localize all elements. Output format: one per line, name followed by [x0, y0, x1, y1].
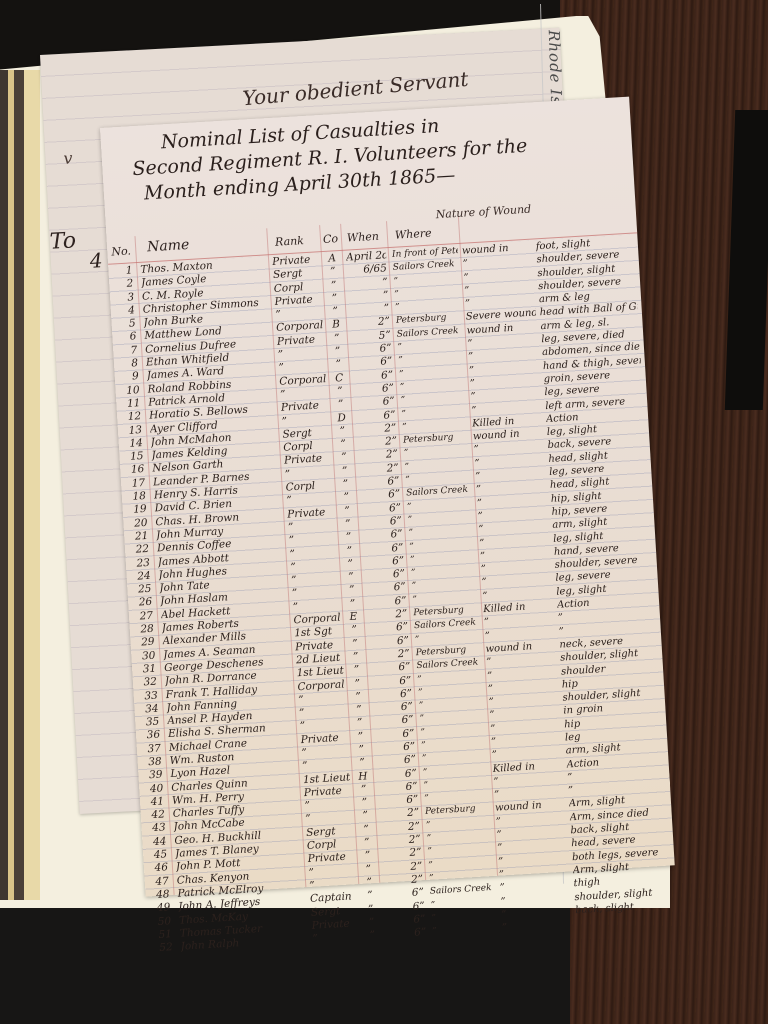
company: H [355, 770, 372, 784]
company: ” [347, 637, 364, 651]
company: ” [360, 863, 377, 877]
company: E [345, 610, 362, 624]
row-number: 36 [138, 729, 161, 743]
company: ” [353, 743, 370, 757]
company: ” [348, 663, 365, 677]
row-number: 42 [143, 809, 166, 823]
row-number: 48 [147, 888, 170, 902]
row-number: 7 [115, 344, 138, 358]
company: ” [352, 730, 369, 744]
row-number: 11 [118, 397, 141, 411]
company: B [328, 318, 345, 332]
row-number: 39 [140, 769, 163, 783]
row-number: 23 [128, 556, 151, 570]
row-number: 22 [127, 543, 150, 557]
casualty-table: 1 Thos. Maxton Private A April 2d In fro… [108, 234, 678, 956]
nature-of-wound-header: Nature of Wound [435, 203, 531, 222]
row-number: 27 [131, 609, 154, 623]
row-number: 50 [149, 915, 172, 929]
company: ” [358, 823, 375, 837]
company: ” [344, 597, 361, 611]
row-number: 29 [132, 636, 155, 650]
company: D [333, 411, 350, 425]
company: A [324, 252, 341, 266]
company: ” [362, 902, 379, 916]
company: ” [330, 358, 347, 372]
row-number: 14 [120, 437, 143, 451]
column-header-co: Co [323, 232, 339, 246]
company: ” [332, 398, 349, 412]
company: ” [341, 544, 358, 558]
row-number: 15 [121, 450, 144, 464]
company: ” [351, 703, 368, 717]
row-number: 34 [136, 702, 159, 716]
folder-stack-edge [0, 70, 40, 900]
cover-letter-salutation: To [49, 228, 76, 254]
company: ” [350, 690, 367, 704]
row-number: 2 [111, 278, 134, 292]
row-number: 31 [134, 663, 157, 677]
company: ” [356, 796, 373, 810]
company: ” [334, 425, 351, 439]
row-number: 19 [124, 503, 147, 517]
column-header-name: Name [147, 237, 190, 255]
soldier-rank: ” [312, 930, 361, 946]
company: ” [363, 916, 380, 930]
row-number: 51 [150, 928, 173, 942]
company: ” [336, 464, 353, 478]
row-number: 4 [113, 304, 136, 318]
row-number: 38 [139, 755, 162, 769]
row-number: 45 [145, 848, 168, 862]
company: ” [344, 584, 361, 598]
row-number: 33 [135, 689, 158, 703]
row-number: 3 [112, 291, 135, 305]
company: ” [346, 624, 363, 638]
row-number: 13 [120, 424, 143, 438]
row-number: 21 [126, 530, 149, 544]
company: ” [359, 836, 376, 850]
page-number: 4 [89, 248, 103, 273]
company: ” [335, 438, 352, 452]
company: ” [347, 650, 364, 664]
company: ” [325, 265, 342, 279]
row-number: 25 [129, 583, 152, 597]
row-number: 1 [110, 264, 133, 278]
company: ” [355, 783, 372, 797]
company: ” [361, 876, 378, 890]
column-header-rank: Rank [275, 234, 305, 249]
company: ” [357, 809, 374, 823]
row-number: 37 [139, 742, 162, 756]
company: ” [364, 929, 381, 943]
company: ” [325, 279, 342, 293]
column-header-no: No. [111, 244, 131, 258]
company: ” [329, 345, 346, 359]
company: ” [349, 677, 366, 691]
row-number: 44 [144, 835, 167, 849]
row-number: 12 [119, 410, 142, 424]
company: ” [340, 531, 357, 545]
row-number: 6 [114, 331, 137, 345]
company: ” [327, 305, 344, 319]
row-number: 30 [133, 649, 156, 663]
row-number: 52 [150, 941, 173, 955]
company: ” [362, 889, 379, 903]
company: ” [329, 332, 346, 346]
row-number: 28 [131, 623, 154, 637]
company: ” [338, 491, 355, 505]
row-number: 35 [137, 716, 160, 730]
company: ” [351, 717, 368, 731]
row-number: 5 [113, 317, 136, 331]
cover-letter-mark: v [63, 148, 73, 167]
company: ” [332, 385, 349, 399]
row-number: 18 [124, 490, 147, 504]
row-number: 49 [148, 901, 171, 915]
row-number: 10 [117, 384, 140, 398]
row-number: 20 [125, 517, 148, 531]
row-number: 46 [146, 862, 169, 876]
company: ” [354, 756, 371, 770]
company: C [331, 371, 348, 385]
row-number: 24 [128, 570, 151, 584]
row-number: 8 [116, 357, 139, 371]
casualty-list-sheet: 4 Nominal List of Casualties in Second R… [100, 97, 675, 897]
company: ” [343, 571, 360, 585]
row-number: 26 [130, 596, 153, 610]
column-header-where: Where [394, 227, 431, 242]
company: ” [359, 849, 376, 863]
company: ” [336, 451, 353, 465]
company: ” [342, 557, 359, 571]
row-number: 43 [143, 822, 166, 836]
row-number: 9 [116, 371, 139, 385]
row-number: 17 [123, 477, 146, 491]
row-number: 16 [122, 463, 145, 477]
row-number: 41 [142, 795, 165, 809]
company: ” [340, 517, 357, 531]
date-when: 6” [386, 926, 427, 941]
row-number: 47 [146, 875, 169, 889]
company: ” [337, 478, 354, 492]
row-number: 40 [141, 782, 164, 796]
company: ” [326, 292, 343, 306]
row-number: 32 [135, 676, 158, 690]
column-header-when: When [347, 230, 380, 245]
company: ” [339, 504, 356, 518]
